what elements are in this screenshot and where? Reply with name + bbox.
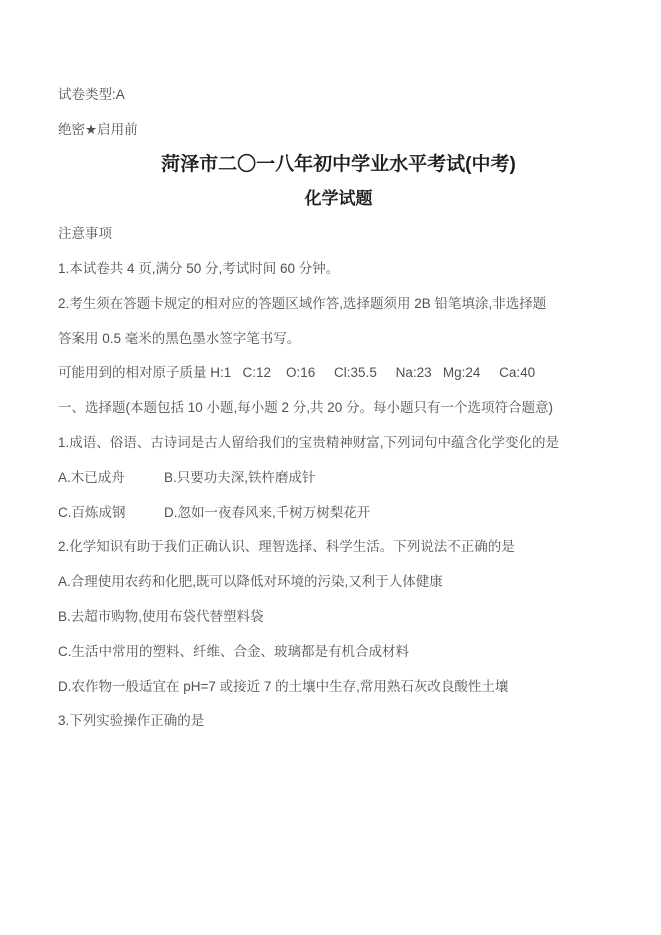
question-2-stem: 2.化学知识有助于我们正确认识、理智选择、科学生活。下列说法不正确的是: [58, 530, 619, 565]
paper-type-label: 试卷类型:A: [58, 78, 619, 113]
question-1-option-d: D.忽如一夜春风来,千树万树梨花开: [164, 496, 619, 531]
notes-item-2-line-1: 2.考生须在答题卡规定的相对应的答题区域作答,选择题须用 2B 铅笔填涂,非选择…: [58, 287, 619, 322]
secrecy-label: 绝密★启用前: [58, 113, 619, 148]
question-1-option-row-cd: C.百炼成钢 D.忽如一夜春风来,千树万树梨花开: [58, 496, 619, 531]
notes-item-2-line-2: 答案用 0.5 毫米的黑色墨水签字笔书写。: [58, 322, 619, 357]
question-1-option-c: C.百炼成钢: [58, 496, 164, 531]
atomic-masses-line: 可能用到的相对原子质量 H:1 C:12 O:16 Cl:35.5 Na:23 …: [58, 356, 619, 391]
question-3-stem: 3.下列实验操作正确的是: [58, 704, 619, 739]
exam-title: 菏泽市二〇一八年初中学业水平考试(中考): [58, 148, 619, 183]
question-1-option-row-ab: A.木已成舟 B.只要功夫深,铁杵磨成针: [58, 461, 619, 496]
question-2-option-c: C.生活中常用的塑料、纤维、合金、玻璃都是有机合成材料: [58, 635, 619, 670]
section-1-heading: 一、选择题(本题包括 10 小题,每小题 2 分,共 20 分。每小题只有一个选…: [58, 391, 619, 426]
notes-heading: 注意事项: [58, 217, 619, 252]
question-1-option-b: B.只要功夫深,铁杵磨成针: [164, 461, 619, 496]
exam-subtitle: 化学试题: [58, 182, 619, 217]
question-2-option-b: B.去超市购物,使用布袋代替塑料袋: [58, 600, 619, 635]
question-1-stem: 1.成语、俗语、古诗词是古人留给我们的宝贵精神财富,下列词句中蕴含化学变化的是: [58, 426, 619, 461]
notes-item-1: 1.本试卷共 4 页,满分 50 分,考试时间 60 分钟。: [58, 252, 619, 287]
question-1-option-a: A.木已成舟: [58, 461, 164, 496]
question-2-option-d: D.农作物一般适宜在 pH=7 或接近 7 的土壤中生存,常用熟石灰改良酸性土壤: [58, 670, 619, 705]
question-2-option-a: A.合理使用农药和化肥,既可以降低对环境的污染,又利于人体健康: [58, 565, 619, 600]
exam-paper-page: 试卷类型:A 绝密★启用前 菏泽市二〇一八年初中学业水平考试(中考) 化学试题 …: [0, 0, 661, 935]
